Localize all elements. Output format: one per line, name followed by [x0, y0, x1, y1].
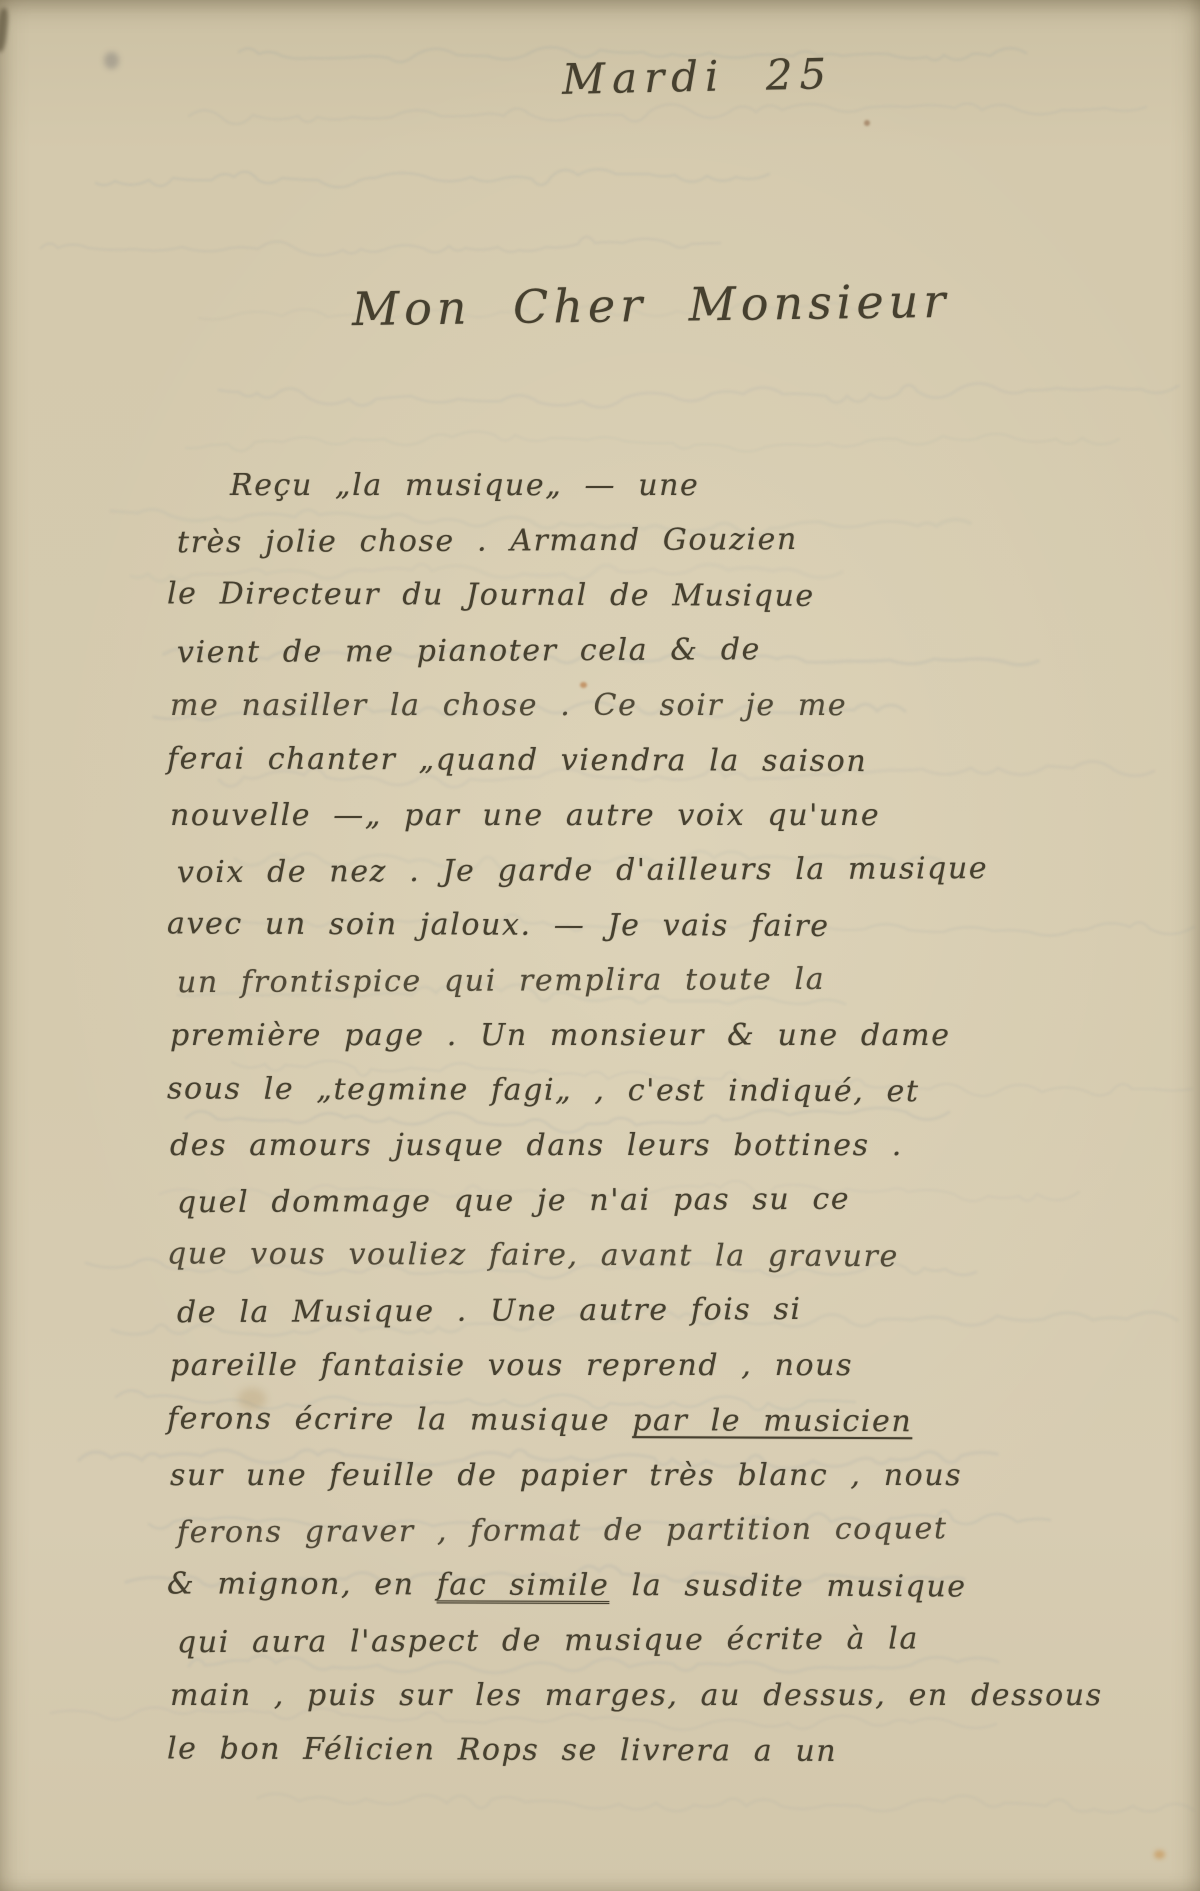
underlined-phrase: fac simile: [437, 1567, 610, 1603]
letter-line: avec un soin jaloux. — Je vais faire: [167, 896, 1030, 954]
letter-line: voix de nez . Je garde d'ailleurs la mus…: [177, 841, 1030, 900]
letter-line: ferons graver , format de partition coqu…: [177, 1501, 1030, 1560]
salutation: Mon Cher Monsieur: [352, 274, 951, 336]
letter-line: ferons écrire la musique par le musicien: [167, 1391, 1030, 1449]
letter-line: vient de me pianoter cela & de: [177, 621, 1030, 680]
letter-line: première page . Un monsieur & une dame: [170, 1008, 1030, 1063]
letter-line: Reçu „la musique„ — une: [230, 458, 1030, 513]
underlined-phrase: par le musicien: [632, 1403, 912, 1439]
letter-line: quel dommage que je n'ai pas su ce: [177, 1171, 1030, 1230]
letter-body: Reçu „la musique„ — unetrès jolie chose …: [170, 458, 1030, 1778]
letter-line: des amours jusque dans leurs bottines .: [170, 1118, 1030, 1173]
letter-line: qui aura l'aspect de musique écrite à la: [177, 1611, 1030, 1670]
letter-line: nouvelle —„ par une autre voix qu'une: [170, 788, 1030, 843]
letter-line: main , puis sur les marges, au dessus, e…: [170, 1668, 1030, 1723]
letter-line: sous le „tegmine fagi„ , c'est indiqué, …: [167, 1061, 1030, 1119]
letter-line: le Directeur du Journal de Musique: [167, 566, 1030, 624]
scanned-letter: { "document": { "type": "handwritten let…: [0, 0, 1200, 1891]
letter-line: ferai chanter „quand viendra la saison: [167, 731, 1030, 789]
letter-line: le bon Félicien Rops se livrera a un: [167, 1721, 1030, 1779]
date-line: Mardi 25: [562, 49, 834, 104]
letter-line: sur une feuille de papier très blanc , n…: [170, 1448, 1030, 1503]
letter-line: que vous vouliez faire, avant la gravure: [167, 1226, 1030, 1284]
letter-line: de la Musique . Une autre fois si: [177, 1281, 1030, 1340]
letter-line: très jolie chose . Armand Gouzien: [177, 511, 1030, 570]
letter-line: me nasiller la chose . Ce soir je me: [170, 678, 1030, 733]
letter-line: & mignon, en fac simile la susdite musiq…: [167, 1556, 1030, 1614]
letter-line: pareille fantaisie vous reprend , nous: [170, 1338, 1030, 1393]
letter-line: un frontispice qui remplira toute la: [177, 951, 1030, 1010]
